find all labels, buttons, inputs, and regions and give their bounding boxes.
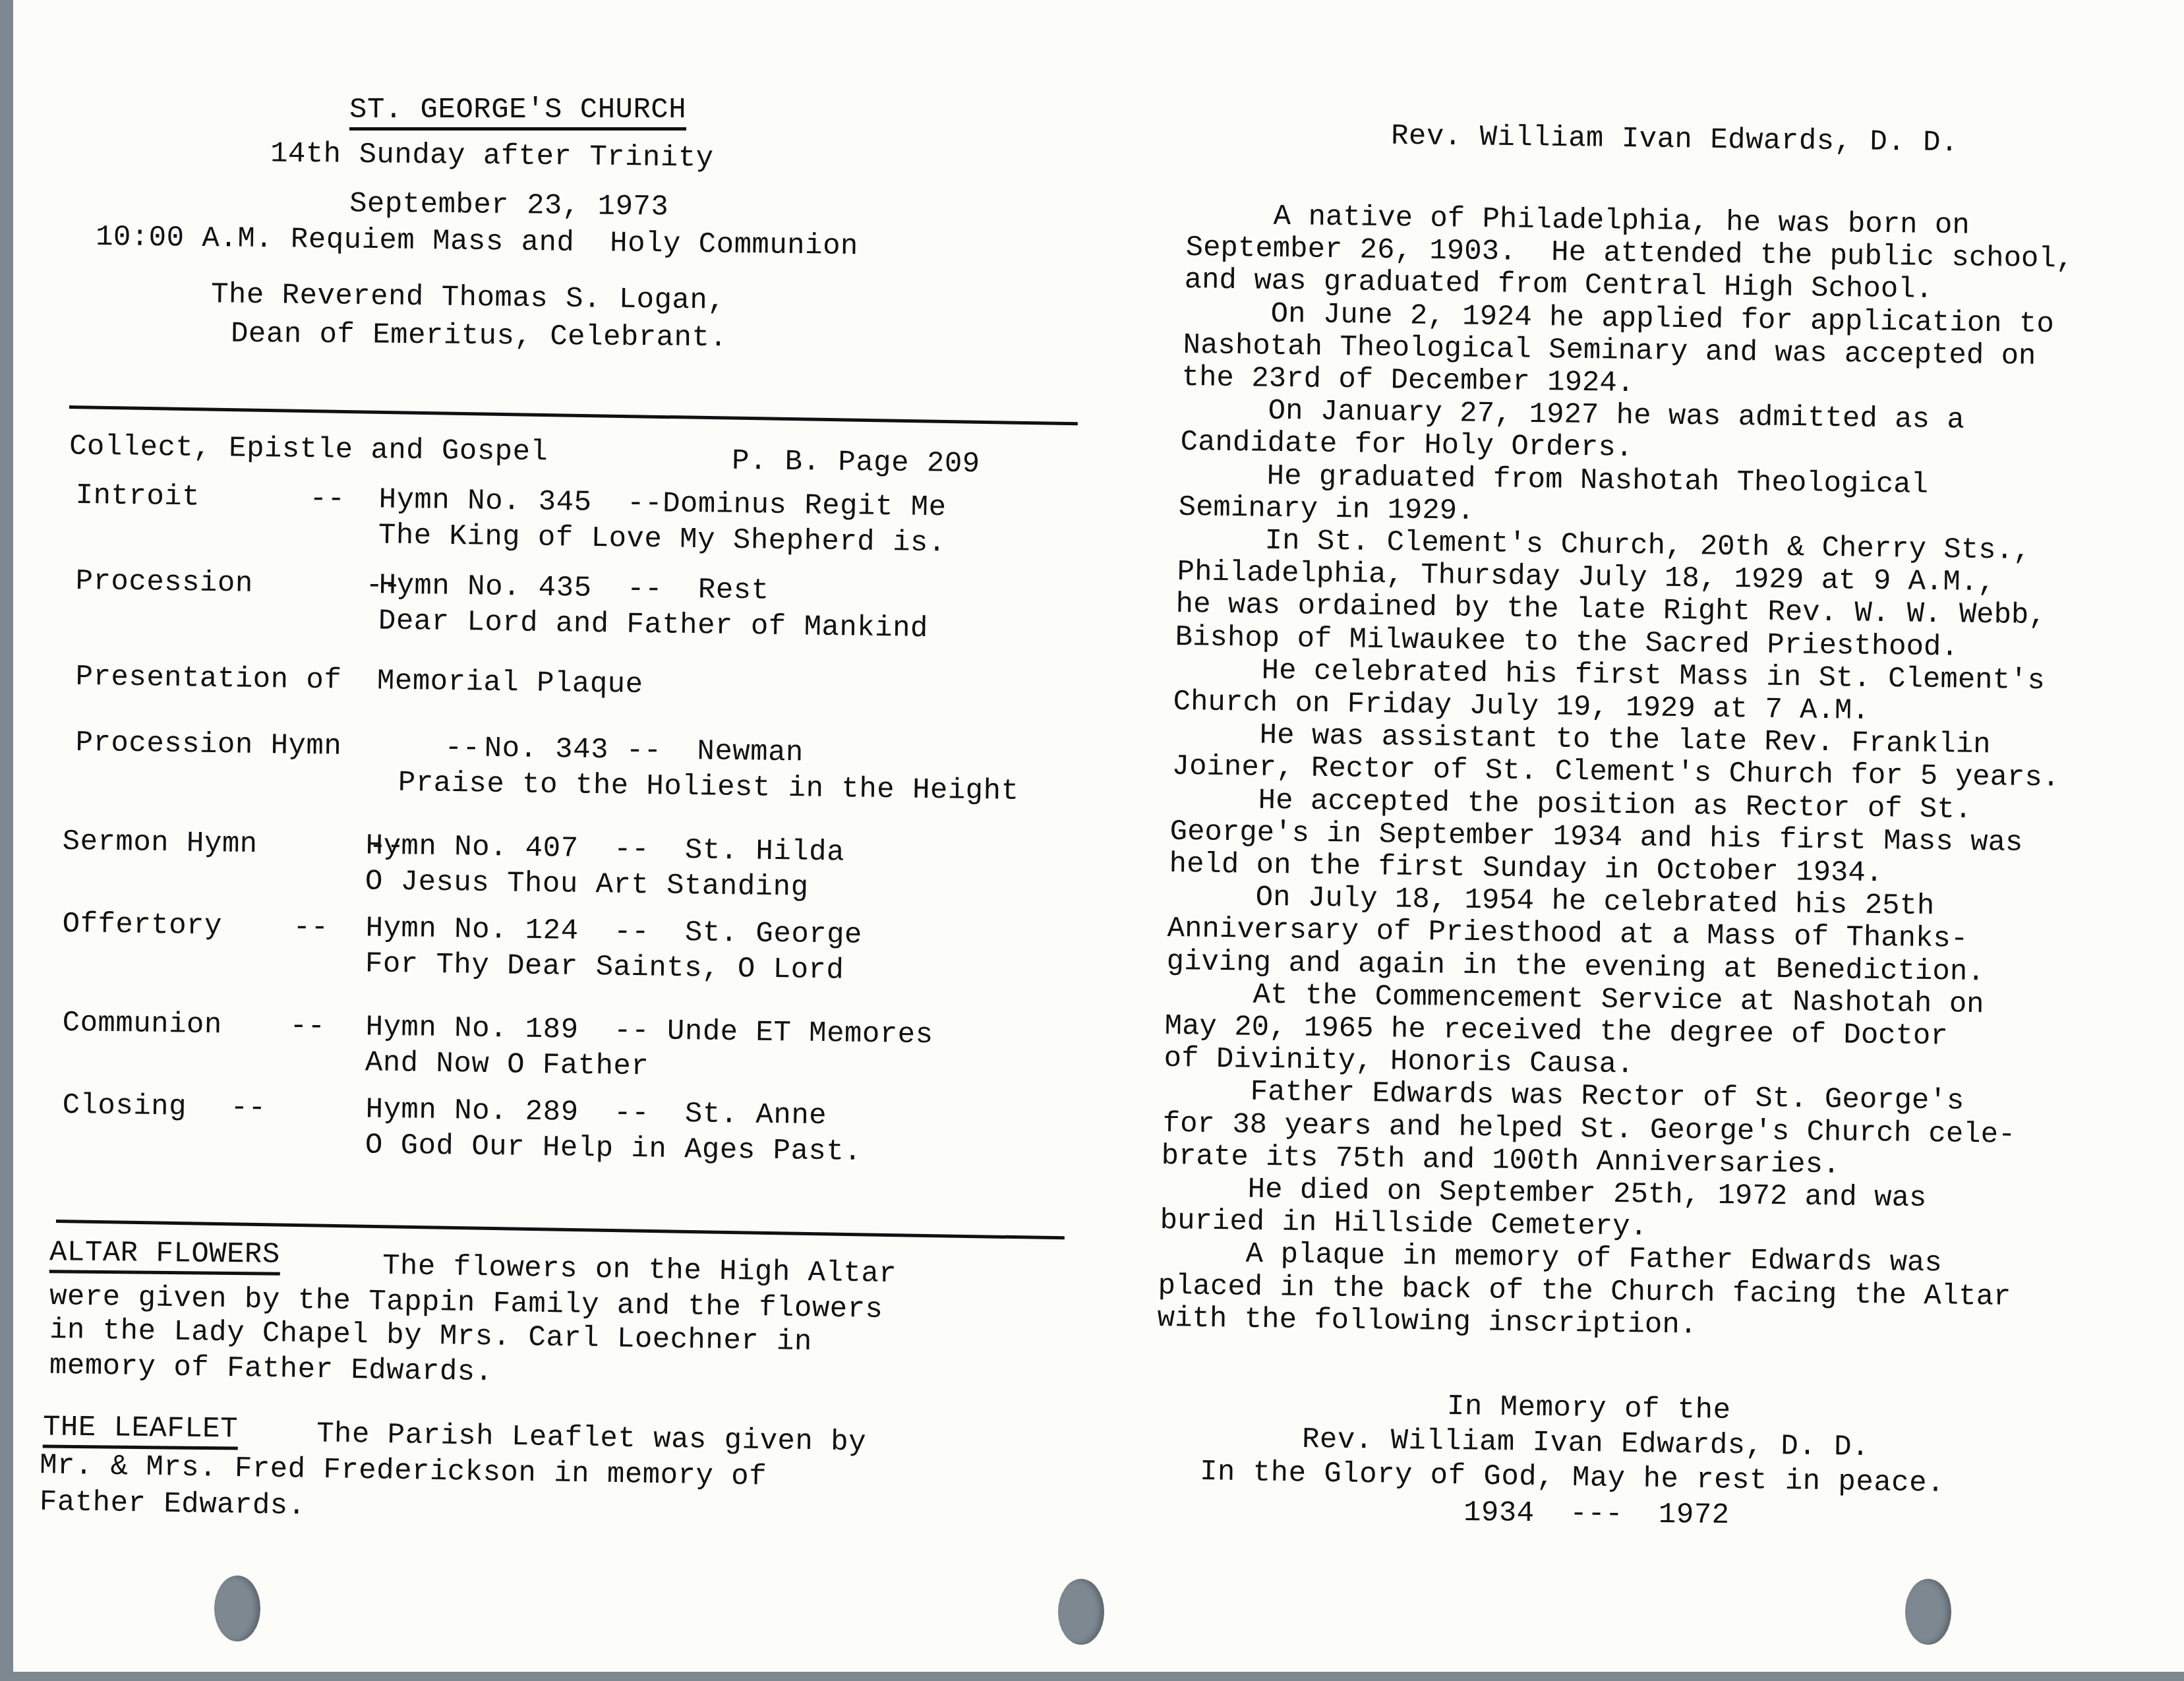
binder-hole-left bbox=[214, 1576, 260, 1641]
altar-flowers-line-1: The flowers on the High Altar bbox=[382, 1252, 897, 1289]
leaflet-heading: THE LEAFLET bbox=[43, 1413, 238, 1450]
hymn-title: The King of Love My Shepherd is. bbox=[378, 521, 946, 558]
service-item-label: Sermon Hymn bbox=[62, 827, 258, 859]
service-item-dash: -- bbox=[293, 913, 328, 943]
service-item-dash: -- bbox=[230, 1094, 266, 1123]
service-item: Procession Hymn--No. 343 -- NewmanPraise… bbox=[76, 728, 1065, 742]
leaflet-line-3: Father Edwards. bbox=[40, 1488, 306, 1521]
biography-line: of Divinity, Honoris Causa. bbox=[1164, 1044, 1634, 1079]
biography-title: Rev. William Ivan Edwards, D. D. bbox=[1391, 122, 1959, 158]
scanned-leaflet-page: ST. GEORGE'S CHURCH 14th Sunday after Tr… bbox=[13, 0, 2184, 1672]
altar-flowers-heading: ALTAR FLOWERS bbox=[49, 1238, 280, 1276]
service-item-label: Procession bbox=[75, 567, 253, 599]
service-item-dash: -- bbox=[309, 485, 345, 514]
biography-line: Seminary in 1929. bbox=[1178, 493, 1474, 526]
hymn-title: Dear Lord and Father of Mankind bbox=[378, 606, 929, 643]
leaflet-line-2: Mr. & Mrs. Fred Frederickson in memory o… bbox=[40, 1451, 767, 1491]
inscription-line-2: Rev. William Ivan Edwards, D. D. bbox=[1302, 1425, 1870, 1462]
service-item-label: Presentation of Memorial Plaque bbox=[75, 663, 643, 699]
leaflet-line-1: The Parish Leaflet was given by bbox=[316, 1419, 867, 1457]
occasion-line: 14th Sunday after Trinity bbox=[270, 139, 714, 173]
service-item: Offertory--Hymn No. 124 -- St. GeorgeFor… bbox=[63, 910, 1051, 924]
hymn-title: Praise to the Holiest in the Height bbox=[398, 769, 1019, 806]
hymn-number: Hymn No. 435 -- Rest bbox=[378, 571, 769, 605]
service-item: Introit--Hymn No. 345 --Dominus Regit Me… bbox=[76, 481, 1065, 495]
service-item-dash: -- bbox=[444, 734, 480, 763]
biography-line: buried in Hillside Cemetery. bbox=[1160, 1206, 1647, 1242]
hymn-number: Hymn No. 189 -- Unde ET Memores bbox=[365, 1013, 933, 1049]
biography-line: the 23rd of December 1924. bbox=[1181, 363, 1634, 398]
service-date: September 23, 1973 bbox=[349, 189, 669, 221]
inscription-line-3: In the Glory of God, May he rest in peac… bbox=[1200, 1458, 1945, 1498]
service-item-dash: -- bbox=[289, 1012, 325, 1042]
service-item: Sermon Hymn--Hymn No. 407 -- St. HildaO … bbox=[63, 827, 1051, 841]
inscription-years: 1934 --- 1972 bbox=[1463, 1498, 1730, 1530]
service-time-line: 10:00 A.M. Requiem Mass and Holy Communi… bbox=[96, 223, 858, 261]
hymn-number: Hymn No. 345 --Dominus Regit Me bbox=[378, 485, 946, 522]
hymn-title: O God Our Help in Ages Past. bbox=[365, 1131, 862, 1167]
service-item-label: Offertory bbox=[62, 910, 222, 941]
biography-line: Candidate for Holy Orders. bbox=[1180, 428, 1633, 463]
divider-rule-bottom bbox=[56, 1220, 1065, 1239]
service-item-label: Communion bbox=[62, 1009, 222, 1040]
hymn-number: Hymn No. 289 -- St. Anne bbox=[365, 1095, 827, 1131]
prayer-book-reference: P. B. Page 209 bbox=[732, 447, 980, 479]
hymn-title: O Jesus Thou Art Standing bbox=[365, 867, 809, 902]
hymn-title: And Now O Father bbox=[365, 1048, 649, 1081]
hymn-number: No. 343 -- Newman bbox=[484, 734, 804, 768]
hymn-title: For Thy Dear Saints, O Lord bbox=[365, 949, 844, 985]
celebrant-line-2: Dean of Emeritus, Celebrant. bbox=[231, 320, 728, 353]
service-item: Procession--Hymn No. 435 -- RestDear Lor… bbox=[76, 567, 1065, 581]
divider-rule-top bbox=[69, 405, 1078, 425]
service-item: Communion--Hymn No. 189 -- Unde ET Memor… bbox=[63, 1009, 1051, 1022]
inscription-line-1: In Memory of the bbox=[1447, 1392, 1731, 1425]
service-item: Presentation of Memorial Plaque bbox=[76, 663, 1065, 676]
service-item-label: Closing bbox=[62, 1091, 187, 1122]
collect-label: Collect, Epistle and Gospel bbox=[69, 432, 548, 467]
service-item: Closing--Hymn No. 289 -- St. AnneO God O… bbox=[63, 1091, 1051, 1105]
church-name-heading: ST. GEORGE'S CHURCH bbox=[349, 96, 686, 131]
binder-hole-right bbox=[1905, 1579, 1951, 1645]
biography-line: with the following inscription. bbox=[1157, 1304, 1697, 1340]
service-item-label: Introit bbox=[75, 481, 200, 512]
celebrant-line-1: The Reverend Thomas S. Logan, bbox=[211, 280, 726, 316]
hymn-number: Hymn No. 124 -- St. George bbox=[365, 914, 862, 950]
altar-flowers-line-4: memory of Father Edwards. bbox=[49, 1351, 493, 1388]
service-item-label: Procession Hymn bbox=[75, 728, 341, 761]
binder-hole-center bbox=[1058, 1579, 1104, 1645]
hymn-number: Hymn No. 407 -- St. Hilda bbox=[365, 831, 844, 867]
